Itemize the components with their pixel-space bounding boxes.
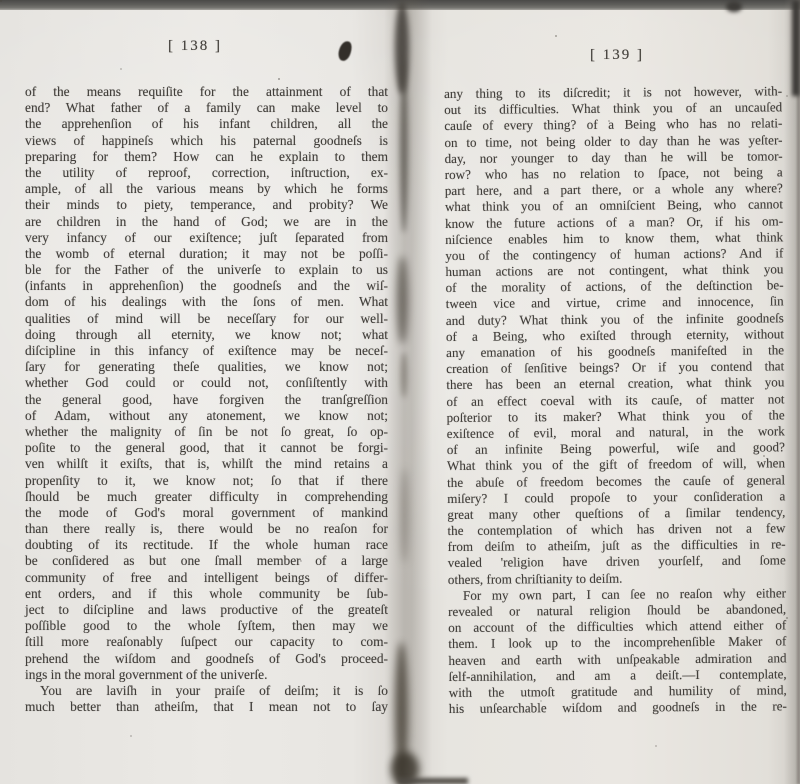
text-line: preparing for them? How can he explain t…: [25, 149, 388, 165]
text-line: ſtill more reaſonably ſuſpect our capaci…: [25, 634, 388, 650]
text-line: doing through all eternity, we know not;…: [25, 327, 388, 343]
text-line: much better than atheiſm, that I mean no…: [25, 699, 388, 715]
text-line: community of free and intelligent beings…: [25, 570, 388, 586]
text-line: the womb of eternal duration; it may not…: [25, 246, 388, 262]
text-line: the apprehenſion of his infant children,…: [25, 116, 388, 132]
page-text-left: of the means requiſite for the attainmen…: [25, 84, 388, 715]
text-line: You are laviſh in your praiſe of deiſm; …: [25, 683, 388, 699]
text-line: vealed 'religion have driven yourſelf, a…: [448, 553, 786, 572]
scan-bottom-edge: [398, 778, 468, 784]
ink-blot: [337, 40, 353, 62]
text-line: the utility of reproof, correction, inſt…: [25, 165, 388, 181]
text-line: his unſearchable wiſdom and goodneſs in …: [449, 698, 787, 717]
text-line: ven whilſt it exiſts, that is, whilſt th…: [25, 456, 388, 472]
text-line: What think you of the gift of freedom of…: [447, 456, 785, 475]
text-line: ſary for generating theſe qualities, we …: [25, 359, 388, 375]
book-gutter-shadow: [384, 0, 432, 784]
text-line: dom of his dealings with the ſons of men…: [25, 294, 388, 310]
text-line: of Adam, without any atonement, we know …: [25, 408, 388, 424]
page-text-right: any thing to its diſcredit; it is not ho…: [444, 83, 787, 717]
gutter-shadow-top: [400, 58, 408, 233]
text-line: very infancy of our exiſtence; juſt ſepa…: [25, 230, 388, 246]
text-line: poſſible good to the whole ſyſtem, then …: [25, 618, 388, 634]
page-number-right: [ 139 ]: [563, 47, 671, 64]
text-line: than there really is, there would be no …: [25, 521, 388, 537]
text-line: qualities of mind will be neceſſary for …: [25, 311, 388, 327]
text-line: whether the malignity of ſin be not ſo g…: [25, 424, 388, 440]
text-line: whether God could or could not, conſiſte…: [25, 375, 388, 391]
text-line: ample, of all the various means by which…: [25, 181, 388, 197]
paper-specks: [0, 0, 2, 2]
text-line: what think you of an omniſcient Being, w…: [445, 197, 783, 216]
text-line: (infants in apprehenſion) the goodneſs a…: [25, 278, 388, 294]
ink-blot: [726, 1, 742, 12]
text-line: of the means requiſite for the attainmen…: [25, 84, 388, 100]
text-line: poſite to the general good, that it cann…: [25, 440, 388, 456]
text-line: diſcipline in this infancy of exiſtence …: [25, 343, 388, 359]
text-line: be conſidered as but one ſmall member of…: [25, 553, 388, 569]
text-line: propenſity to it, we know not; ſo that i…: [25, 473, 388, 489]
scan-right-edge-dark: [792, 0, 800, 96]
text-line: ings in the moral government of the univ…: [25, 667, 388, 683]
text-line: the general good, have forgiven the tran…: [25, 392, 388, 408]
text-line: are children in the hand of God; we are …: [25, 214, 388, 230]
book-scan: [ 138 ] of the means requiſite for the a…: [0, 0, 800, 784]
page-number-left: [ 138 ]: [138, 38, 252, 55]
gutter-shadow-mid: [397, 256, 408, 344]
text-line: ble for the Father of the univerſe to ex…: [25, 262, 388, 278]
text-line: ject to diſcipline and laws productive o…: [25, 602, 388, 618]
text-line: the mode of God's moral government of ma…: [25, 505, 388, 521]
text-line: doubting of its rectitude. If the whole …: [25, 537, 388, 553]
text-line: ent orders, and if this whole community …: [25, 586, 388, 602]
text-line: their minds to piety, temperance, and pr…: [25, 197, 388, 213]
text-line: views of happineſs which his paternal go…: [25, 133, 388, 149]
gutter-shadow-low: [401, 468, 408, 563]
text-line: prehend the wiſdom and goodneſs of God's…: [25, 651, 388, 667]
text-line: end? What father of a family can make le…: [25, 100, 388, 116]
text-line: ſhould be much greater difficulty in com…: [25, 489, 388, 505]
gutter-shadow-mid: [401, 352, 407, 398]
